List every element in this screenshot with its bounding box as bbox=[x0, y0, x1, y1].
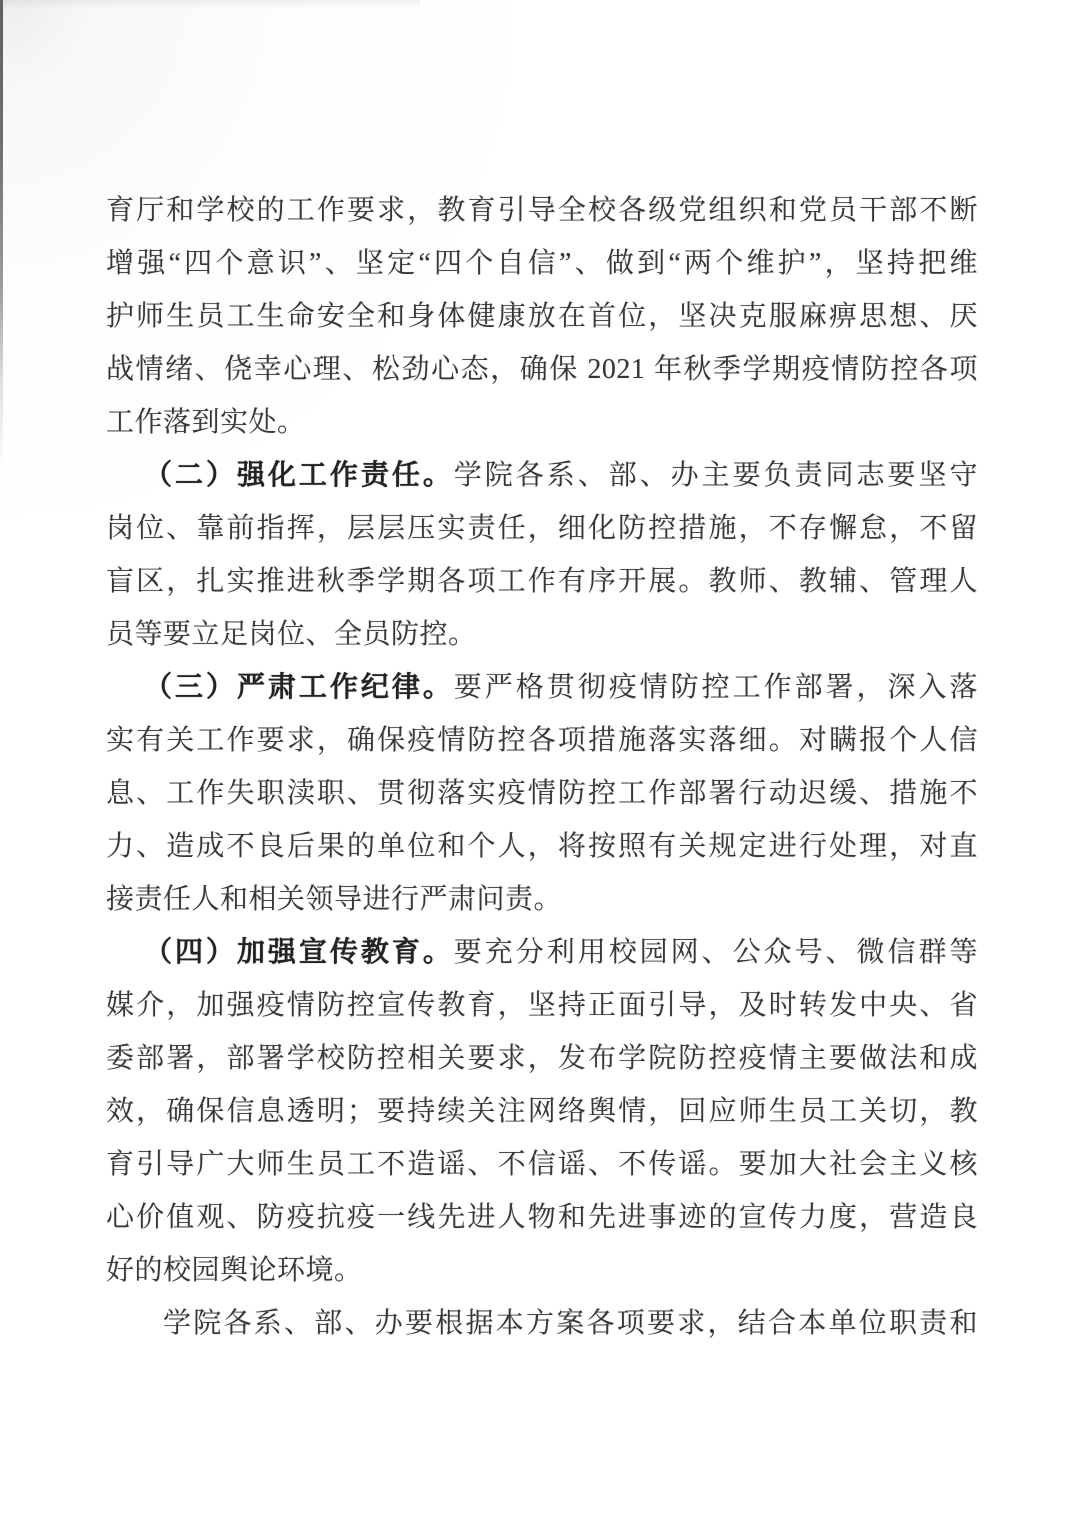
scan-top-smudge bbox=[0, 0, 420, 10]
section-heading: （二）强化工作责任。 bbox=[144, 460, 454, 491]
text-line: 力、造成不良后果的单位和个人，将按照有关规定进行处理，对直 bbox=[106, 820, 978, 873]
text-line-body: 学院各系、部、办主要负责同志要坚守 bbox=[454, 460, 978, 491]
text-line: 战情绪、侥幸心理、松劲心态，确保 2021 年秋季学期疫情防控各项 bbox=[106, 343, 978, 396]
text-line: 委部署，部署学校防控相关要求，发布学院防控疫情主要做法和成 bbox=[106, 1032, 978, 1085]
text-line: 护师生员工生命安全和身体健康放在首位，坚决克服麻痹思想、厌 bbox=[106, 290, 978, 343]
text-line: 实有关工作要求，确保疫情防控各项措施落实落细。对瞒报个人信 bbox=[106, 714, 978, 767]
scanned-document-page: 育厅和学校的工作要求，教育引导全校各级党组织和党员干部不断增强“四个意识”、坚定… bbox=[0, 0, 1079, 1520]
text-line: 心价值观、防疫抗疫一线先进人物和先进事迹的宣传力度，营造良 bbox=[106, 1191, 978, 1244]
document-text-block: 育厅和学校的工作要求，教育引导全校各级党组织和党员干部不断增强“四个意识”、坚定… bbox=[106, 184, 978, 1350]
text-line: 盲区，扎实推进秋季学期各项工作有序开展。教师、教辅、管理人 bbox=[106, 555, 978, 608]
text-line: 好的校园舆论环境。 bbox=[106, 1244, 978, 1297]
paragraph: 育厅和学校的工作要求，教育引导全校各级党组织和党员干部不断增强“四个意识”、坚定… bbox=[106, 184, 978, 449]
text-line: 育厅和学校的工作要求，教育引导全校各级党组织和党员干部不断 bbox=[106, 184, 978, 237]
text-line: 息、工作失职渎职、贯彻落实疫情防控工作部署行动迟缓、措施不 bbox=[106, 767, 978, 820]
text-line: （三）严肃工作纪律。要严格贯彻疫情防控工作部署，深入落 bbox=[106, 661, 978, 714]
text-line-body: 要严格贯彻疫情防控工作部署，深入落 bbox=[454, 672, 978, 703]
paragraph: （四）加强宣传教育。要充分利用校园网、公众号、微信群等媒介，加强疫情防控宣传教育… bbox=[106, 926, 978, 1297]
section-heading: （三）严肃工作纪律。 bbox=[144, 672, 454, 703]
scan-edge-artifact bbox=[0, 0, 3, 470]
text-line: 育引导广大师生员工不造谣、不信谣、不传谣。要加大社会主义核 bbox=[106, 1138, 978, 1191]
paragraph: 学院各系、部、办要根据本方案各项要求，结合本单位职责和 bbox=[106, 1297, 978, 1350]
text-line: 员等要立足岗位、全员防控。 bbox=[106, 608, 978, 661]
section-heading: （四）加强宣传教育。 bbox=[144, 937, 454, 968]
paragraph: （三）严肃工作纪律。要严格贯彻疫情防控工作部署，深入落实有关工作要求，确保疫情防… bbox=[106, 661, 978, 926]
text-line: 媒介，加强疫情防控宣传教育，坚持正面引导，及时转发中央、省 bbox=[106, 979, 978, 1032]
text-line: 效，确保信息透明；要持续关注网络舆情，回应师生员工关切，教 bbox=[106, 1085, 978, 1138]
text-line: （四）加强宣传教育。要充分利用校园网、公众号、微信群等 bbox=[106, 926, 978, 979]
paragraph: （二）强化工作责任。学院各系、部、办主要负责同志要坚守岗位、靠前指挥，层层压实责… bbox=[106, 449, 978, 661]
text-line-body: 要充分利用校园网、公众号、微信群等 bbox=[454, 937, 978, 968]
text-line: 学院各系、部、办要根据本方案各项要求，结合本单位职责和 bbox=[106, 1297, 978, 1350]
text-line: （二）强化工作责任。学院各系、部、办主要负责同志要坚守 bbox=[106, 449, 978, 502]
text-line: 增强“四个意识”、坚定“四个自信”、做到“两个维护”，坚持把维 bbox=[106, 237, 978, 290]
text-line: 工作落到实处。 bbox=[106, 396, 978, 449]
text-line: 接责任人和相关领导进行严肃问责。 bbox=[106, 873, 978, 926]
text-line: 岗位、靠前指挥，层层压实责任，细化防控措施，不存懈怠，不留 bbox=[106, 502, 978, 555]
